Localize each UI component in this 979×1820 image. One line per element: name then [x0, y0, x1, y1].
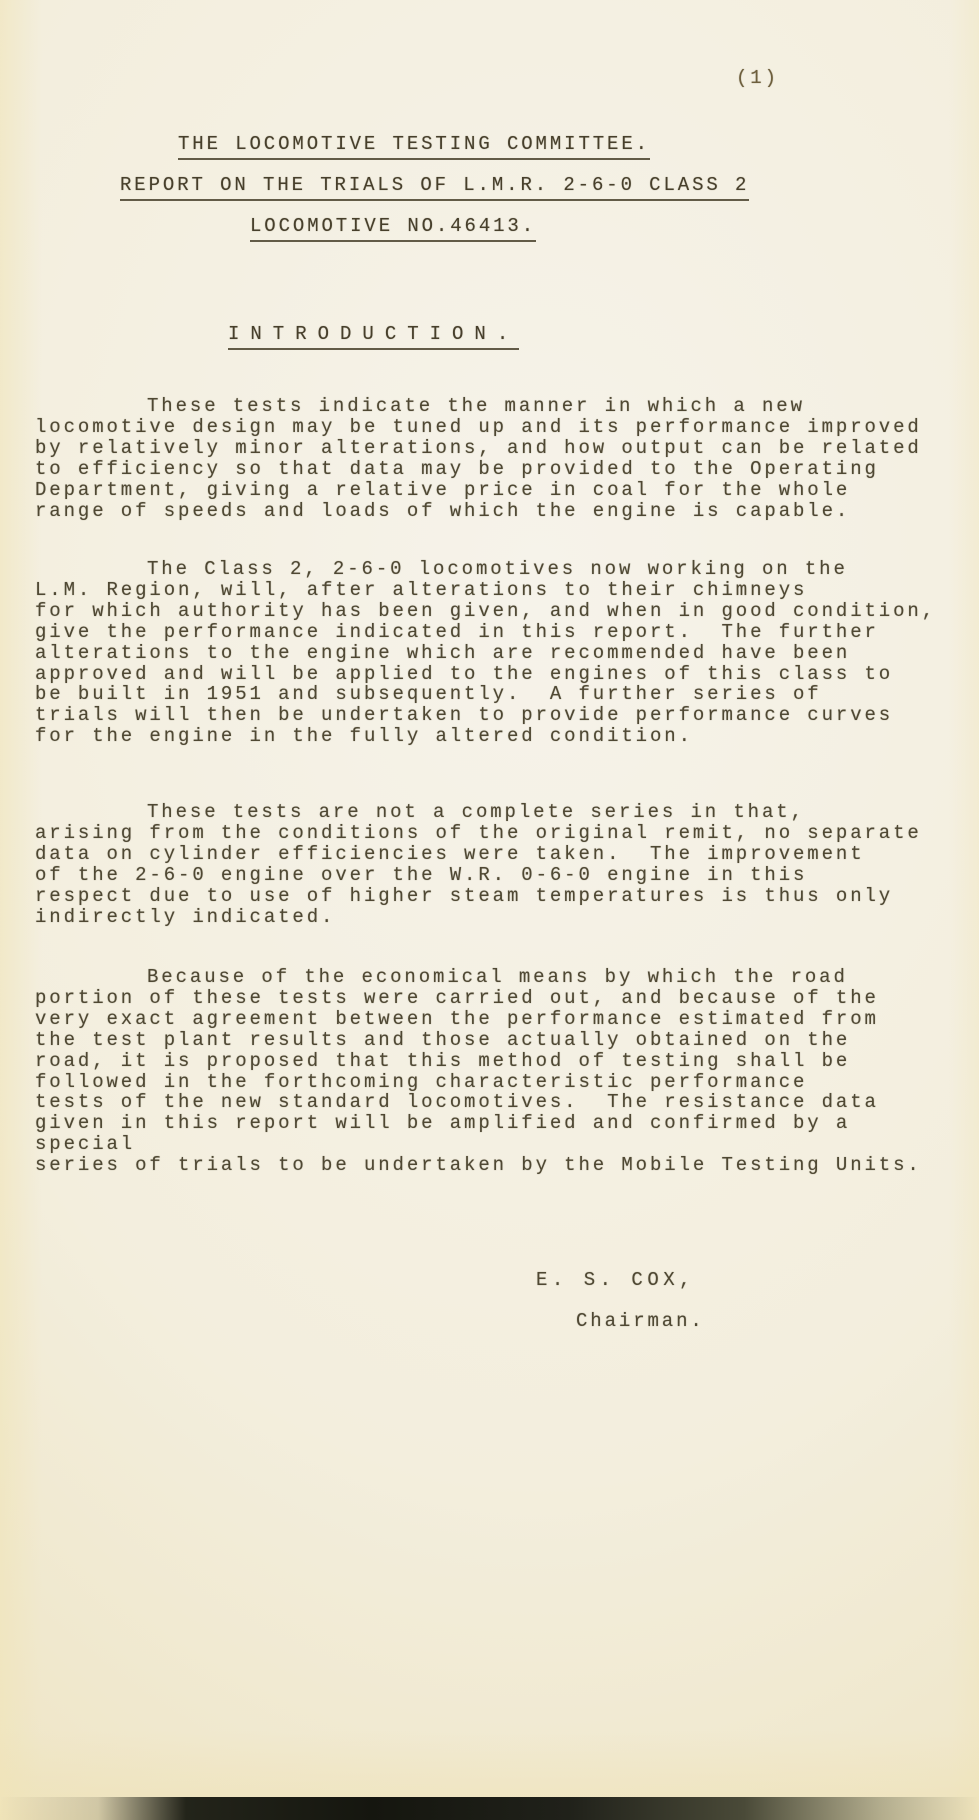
signature-title: Chairman.: [576, 1311, 705, 1332]
signature-name: E. S. COX,: [536, 1270, 695, 1291]
scan-edge-shadow: [0, 1797, 979, 1820]
section-heading-introduction: INTRODUCTION.: [228, 324, 519, 350]
main-title: THE LOCOMOTIVE TESTING COMMITTEE.: [178, 134, 650, 160]
paragraph-4: Because of the economical means by which…: [35, 967, 947, 1176]
paragraph-2: The Class 2, 2-6-0 locomotives now worki…: [35, 559, 947, 747]
locomotive-number-title: LOCOMOTIVE NO.46413.: [250, 216, 536, 242]
paragraph-3: These tests are not a complete series in…: [35, 802, 947, 927]
paragraph-1: These tests indicate the manner in which…: [35, 396, 947, 521]
page-number: (1): [736, 68, 779, 89]
scanned-report-page: (1) THE LOCOMOTIVE TESTING COMMITTEE. RE…: [0, 0, 979, 1820]
report-subtitle: REPORT ON THE TRIALS OF L.M.R. 2-6-0 CLA…: [120, 175, 749, 201]
